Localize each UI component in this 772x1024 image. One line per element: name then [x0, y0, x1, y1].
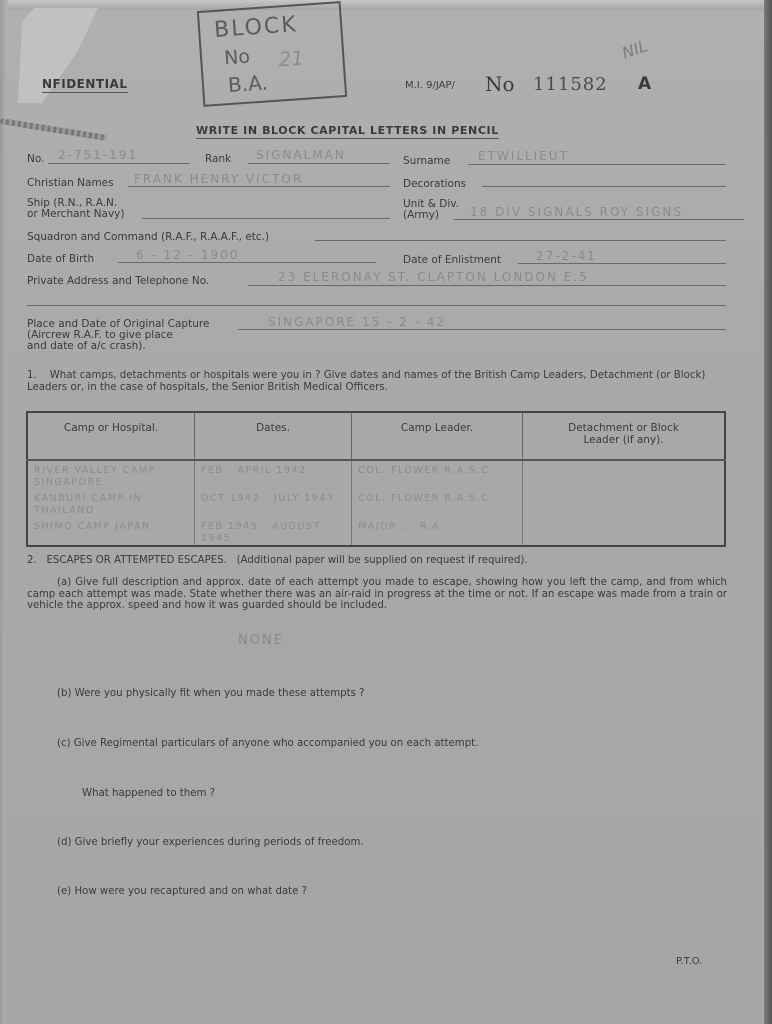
- no-label: No.: [27, 153, 44, 165]
- table-cell-camp-leader[interactable]: MAJOR ... R.A.: [352, 517, 523, 546]
- table-cell-detachment-leader[interactable]: [523, 517, 725, 546]
- table-cell-camp-leader[interactable]: COL. FLOWER R.A.S.C.: [352, 489, 523, 517]
- table-cell-camp[interactable]: KANBURI CAMP IN THAILAND: [27, 489, 195, 517]
- form-instruction: WRITE IN BLOCK CAPITAL LETTERS IN PENCIL: [196, 124, 499, 139]
- question-2a-answer[interactable]: NONE: [238, 633, 284, 648]
- table-cell-dates[interactable]: FEB 1945 - AUGUST 1945: [195, 517, 352, 546]
- surname-field[interactable]: ETWILLIEUT: [478, 149, 569, 163]
- stamp-handwritten-number: 21: [278, 46, 305, 72]
- no-field[interactable]: 2-751-191: [58, 148, 138, 162]
- capture-label: Place and Date of Original Capture (Airc…: [27, 319, 209, 352]
- reference-prefix: M.I. 9/JAP/: [405, 80, 455, 91]
- question-2-heading: 2. ESCAPES OR ATTEMPTED ESCAPES. (Additi…: [27, 555, 737, 567]
- table-cell-dates[interactable]: FEB - APRIL 1942: [195, 460, 352, 489]
- enlistment-label: Date of Enlistment: [403, 254, 501, 266]
- question-2c: (c) Give Regimental particulars of anyon…: [57, 738, 478, 750]
- question-2-note: (Additional paper will be supplied on re…: [237, 555, 528, 566]
- stamp-line-3: B.A.: [227, 70, 268, 97]
- question-2b: (b) Were you physically fit when you mad…: [57, 688, 365, 700]
- col-dates: Dates.: [195, 412, 352, 460]
- table-row: RIVER VALLEY CAMP SINGAPORE FEB - APRIL …: [27, 460, 725, 489]
- table-cell-camp[interactable]: RIVER VALLEY CAMP SINGAPORE: [27, 460, 195, 489]
- unit-field[interactable]: 18 DIV SIGNALS ROY SIGNS: [470, 205, 683, 219]
- paper-right-edge: [764, 0, 772, 1024]
- question-2d: (d) Give briefly your experiences during…: [57, 837, 364, 849]
- table-row: KANBURI CAMP IN THAILAND OCT 1942 - JULY…: [27, 489, 725, 517]
- christian-names-field[interactable]: FRANK HENRY VICTOR: [134, 172, 303, 186]
- col-camp-or-hospital: Camp or Hospital.: [27, 412, 195, 460]
- capture-field[interactable]: SINGAPORE 15 - 2 - 42: [268, 315, 446, 329]
- question-1: 1. What camps, detachments or hospitals …: [27, 370, 727, 393]
- dob-field[interactable]: 6 - 12 - 1900: [136, 248, 239, 262]
- table-cell-dates[interactable]: OCT 1942 - JULY 1943: [195, 489, 352, 517]
- question-2a: (a) Give full description and approx. da…: [27, 577, 727, 612]
- stamp-line-1: BLOCK: [213, 12, 298, 43]
- serial-number: 111582: [533, 74, 608, 95]
- camps-table: Camp or Hospital. Dates. Camp Leader. De…: [26, 411, 726, 547]
- capture-label-line-3: and date of a/c crash).: [27, 341, 209, 352]
- ship-label-line-2: or Merchant Navy): [27, 209, 124, 220]
- question-1-text: What camps, detachments or hospitals wer…: [27, 370, 705, 393]
- decorations-label: Decorations: [403, 178, 466, 190]
- please-turn-over: P.T.O.: [676, 956, 702, 967]
- unit-label-line-2: (Army): [403, 210, 459, 221]
- question-1-number: 1.: [27, 370, 37, 381]
- address-field[interactable]: 23 ELERONAY ST. CLAPTON LONDON E.5: [278, 270, 589, 284]
- surname-label: Surname: [403, 155, 450, 167]
- col-detachment-leader: Detachment or Block Leader (if any).: [523, 412, 725, 460]
- unit-label: Unit & Div. (Army): [403, 199, 459, 221]
- ship-label: Ship (R.N., R.A.N. or Merchant Navy): [27, 198, 124, 220]
- question-2-number: 2.: [27, 555, 37, 566]
- address-label: Private Address and Telephone No.: [27, 275, 209, 287]
- serial-symbol: No: [485, 72, 515, 96]
- question-2e: (e) How were you recaptured and on what …: [57, 886, 307, 898]
- table-cell-camp[interactable]: SHIMO CAMP JAPAN: [27, 517, 195, 546]
- table-cell-detachment-leader[interactable]: [523, 489, 725, 517]
- question-2-title: ESCAPES OR ATTEMPTED ESCAPES.: [46, 555, 226, 566]
- table-row: SHIMO CAMP JAPAN FEB 1945 - AUGUST 1945 …: [27, 517, 725, 546]
- rank-field[interactable]: SIGNALMAN: [256, 148, 346, 162]
- dob-label: Date of Birth: [27, 253, 94, 265]
- christian-names-label: Christian Names: [27, 177, 114, 189]
- serial-suffix: A: [638, 74, 651, 94]
- question-2c-followup: What happened to them ?: [82, 788, 215, 800]
- stamp-line-2: No: [223, 46, 250, 70]
- table-cell-detachment-leader[interactable]: [523, 460, 725, 489]
- block-stamp: BLOCK No B.A. 21: [197, 1, 347, 107]
- col-camp-leader: Camp Leader.: [352, 412, 523, 460]
- enlistment-field[interactable]: 27-2-41: [536, 249, 597, 263]
- classification-label: NFIDENTIAL: [42, 77, 128, 93]
- rank-label: Rank: [205, 153, 231, 165]
- table-cell-camp-leader[interactable]: COL. FLOWER R.A.S.C.: [352, 460, 523, 489]
- squadron-label: Squadron and Command (R.A.F., R.A.A.F., …: [27, 231, 269, 243]
